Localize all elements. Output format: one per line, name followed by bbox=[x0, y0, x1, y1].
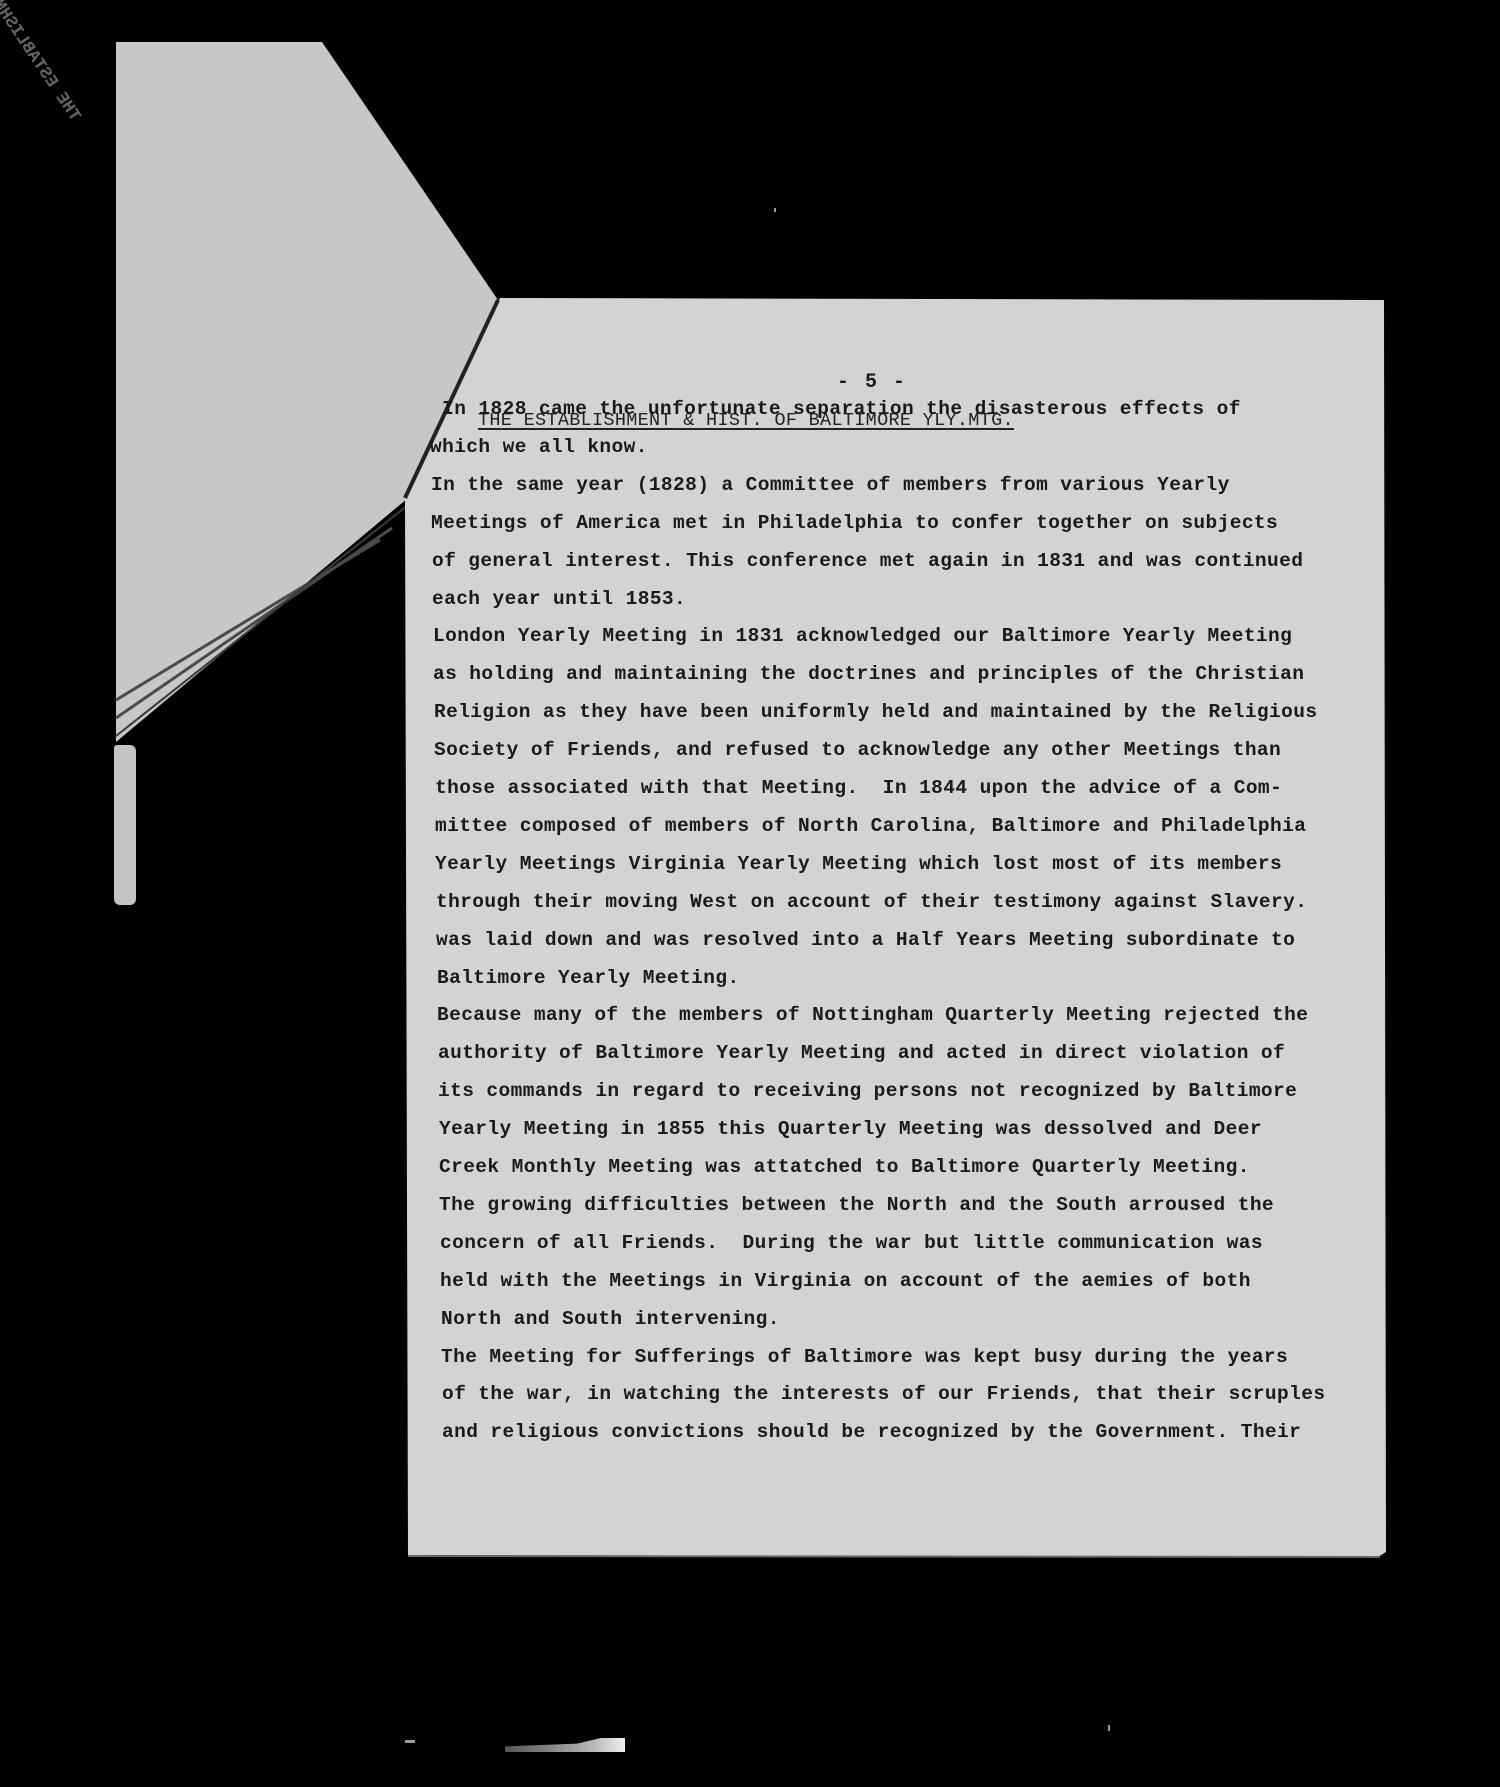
text-line: Yearly Meeting in 1855 this Quarterly Me… bbox=[439, 1118, 1262, 1140]
text-line: of the war, in watching the interests of… bbox=[442, 1383, 1325, 1405]
text-line: mittee composed of members of North Caro… bbox=[435, 815, 1306, 837]
text-line: Baltimore Yearly Meeting. bbox=[437, 967, 740, 989]
text-line: In 1828 came the unfortunate separation … bbox=[430, 398, 1241, 420]
ghost-line: THE ESTABLISHMENT & HIST. OF bbox=[0, 0, 90, 130]
text-line: as holding and maintaining the doctrines… bbox=[433, 663, 1304, 685]
typewritten-page: - 5 - THE ESTABLISHMENT & HIST. OF BALTI… bbox=[405, 298, 1385, 1556]
text-line: The growing difficulties between the Nor… bbox=[439, 1194, 1274, 1216]
scan-background: THE ESTABLISHMENT & HIST. OF so that by … bbox=[0, 0, 1500, 1787]
text-line: authority of Baltimore Yearly Meeting an… bbox=[438, 1042, 1285, 1064]
paper-tab-strip bbox=[114, 745, 136, 905]
text-line: its commands in regard to receiving pers… bbox=[438, 1080, 1297, 1102]
dust-speck bbox=[1108, 1725, 1110, 1731]
page-number: - 5 - bbox=[837, 371, 907, 394]
text-line: Religion as they have been uniformly hel… bbox=[434, 701, 1317, 723]
text-line: through their moving West on account of … bbox=[436, 891, 1307, 913]
text-line: each year until 1853. bbox=[432, 588, 686, 610]
text-line: London Yearly Meeting in 1831 acknowledg… bbox=[433, 625, 1292, 647]
text-line: Creek Monthly Meeting was attatched to B… bbox=[439, 1156, 1250, 1178]
text-line: Because many of the members of Nottingha… bbox=[437, 1004, 1308, 1026]
text-line: Yearly Meetings Virginia Yearly Meeting … bbox=[435, 853, 1282, 875]
text-line: which we all know. bbox=[430, 436, 648, 458]
text-line: The Meeting for Sufferings of Baltimore … bbox=[441, 1346, 1288, 1368]
dust-speck bbox=[405, 1740, 415, 1743]
text-line: of general interest. This conference met… bbox=[432, 550, 1303, 572]
text-line: Society of Friends, and refused to ackno… bbox=[434, 739, 1281, 761]
dust-speck bbox=[774, 208, 776, 212]
text-line: North and South intervening. bbox=[441, 1308, 780, 1330]
text-line: was laid down and was resolved into a Ha… bbox=[436, 929, 1295, 951]
page-bottom-shadow bbox=[408, 1556, 1380, 1557]
text-line: concern of all Friends. During the war b… bbox=[440, 1232, 1263, 1254]
text-line: Meetings of America met in Philadelphia … bbox=[431, 512, 1278, 534]
text-line: In the same year (1828) a Committee of m… bbox=[431, 474, 1230, 496]
text-line: those associated with that Meeting. In 1… bbox=[435, 777, 1282, 799]
page-text: - 5 - THE ESTABLISHMENT & HIST. OF BALTI… bbox=[405, 298, 1385, 1556]
text-line: and religious convictions should be reco… bbox=[442, 1421, 1301, 1443]
text-line: held with the Meetings in Virginia on ac… bbox=[440, 1270, 1251, 1292]
